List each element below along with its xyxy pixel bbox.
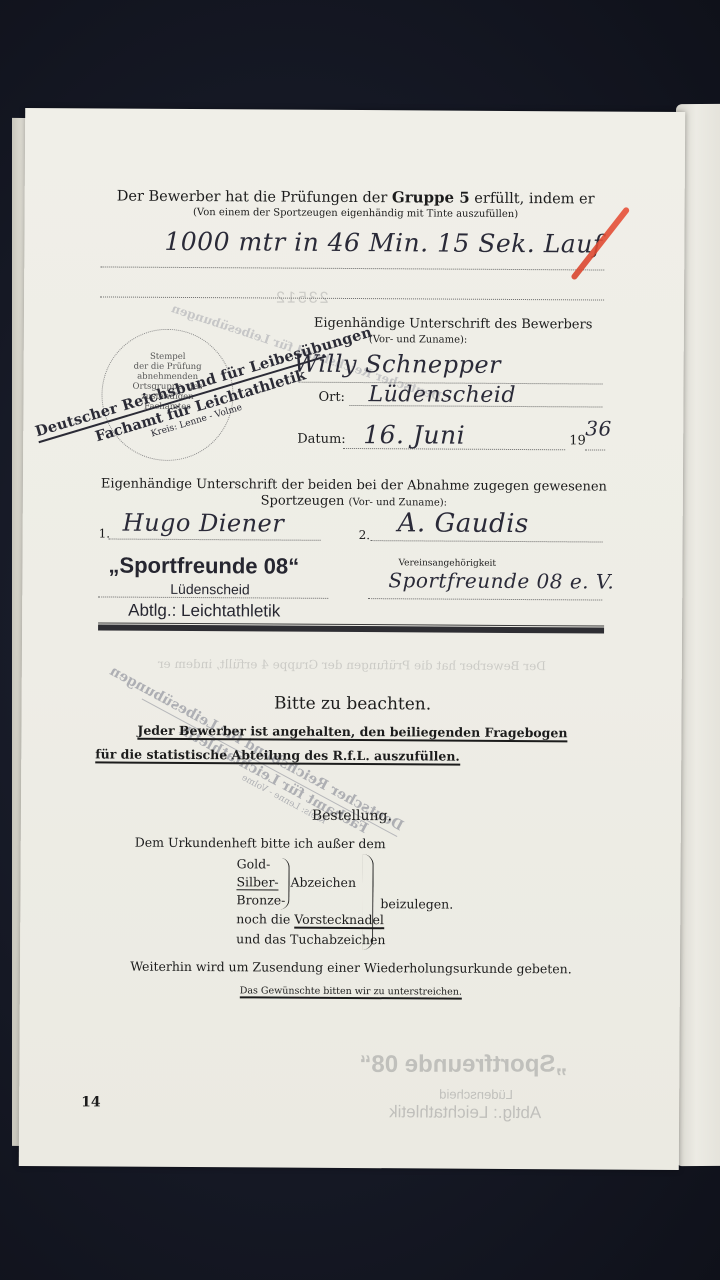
group-number: Gruppe 5	[392, 188, 470, 206]
underline-hint: Das Gewünschte bitten wir zu unterstreic…	[96, 984, 606, 998]
notice-line-1: Jeder Bewerber ist angehalten, den beili…	[137, 723, 567, 741]
club-membership-value[interactable]: Sportfreunde 08 e. V.	[388, 568, 614, 593]
witnesses-label-line2: Sportzeugen (Vor- und Zuname):	[99, 492, 609, 510]
bleed-through-club-name: „Sportfreunde 08“	[359, 1050, 567, 1079]
year-value[interactable]: 36	[585, 416, 612, 440]
brace-small	[278, 858, 289, 910]
order-intro: Dem Urkundenheft bitte ich außer dem	[135, 835, 386, 852]
badge-word: Abzeichen	[290, 875, 356, 890]
club-stamp-line	[98, 578, 328, 598]
brace-large	[362, 854, 374, 950]
repeat-certificate-request[interactable]: Weiterhin wird um Zusendung einer Wieder…	[96, 958, 606, 976]
place-value[interactable]: Lüdenscheid	[368, 382, 516, 408]
notice-title: Bitte zu beachten.	[98, 692, 608, 715]
performance-entry[interactable]: 1000 mtr in 46 Min. 15 Sek. Lauf	[164, 227, 602, 259]
date-value[interactable]: 16. Juni	[363, 420, 465, 450]
witnesses-label: Eigenhändige Unterschrift der beiden bei…	[99, 476, 609, 494]
place-label: Ort:	[318, 390, 345, 405]
instruction-text: (Von einem der Sportzeugen eigenhändig m…	[101, 206, 611, 220]
club-membership-label: Vereinsangehörigkeit	[398, 558, 496, 569]
club-stamp-name: „Sportfreunde 08“	[108, 553, 299, 580]
club-stamp-department: Abtlg.: Leichtathletik	[128, 601, 280, 622]
year-prefix: 19	[569, 433, 586, 448]
bleed-through-department: Abtlg.: Leichtathletik	[389, 1102, 541, 1123]
statement-line: Der Bewerber hat die Prüfungen der Grupp…	[101, 186, 611, 207]
page-number: 14	[81, 1094, 101, 1110]
witness-1-signature[interactable]: Hugo Diener	[123, 509, 285, 538]
attach-word: beizulegen.	[380, 896, 453, 911]
date-label: Datum:	[297, 432, 346, 447]
witness-2-number: 2.	[359, 528, 371, 542]
performance-line-2	[100, 276, 604, 300]
applicant-signature-sublabel: (Vor- und Zuname):	[369, 334, 468, 346]
bleed-through-city: Lüdenscheid	[439, 1087, 513, 1102]
witness-2-signature[interactable]: A. Gaudis	[398, 508, 529, 539]
notice-line-2: für die statistische Abteilung des R.f.L…	[95, 746, 460, 763]
bleed-through-statement: Der Bewerber hat die Prüfungen der Grupp…	[112, 657, 592, 674]
order-title: Bestellung.	[97, 806, 607, 825]
